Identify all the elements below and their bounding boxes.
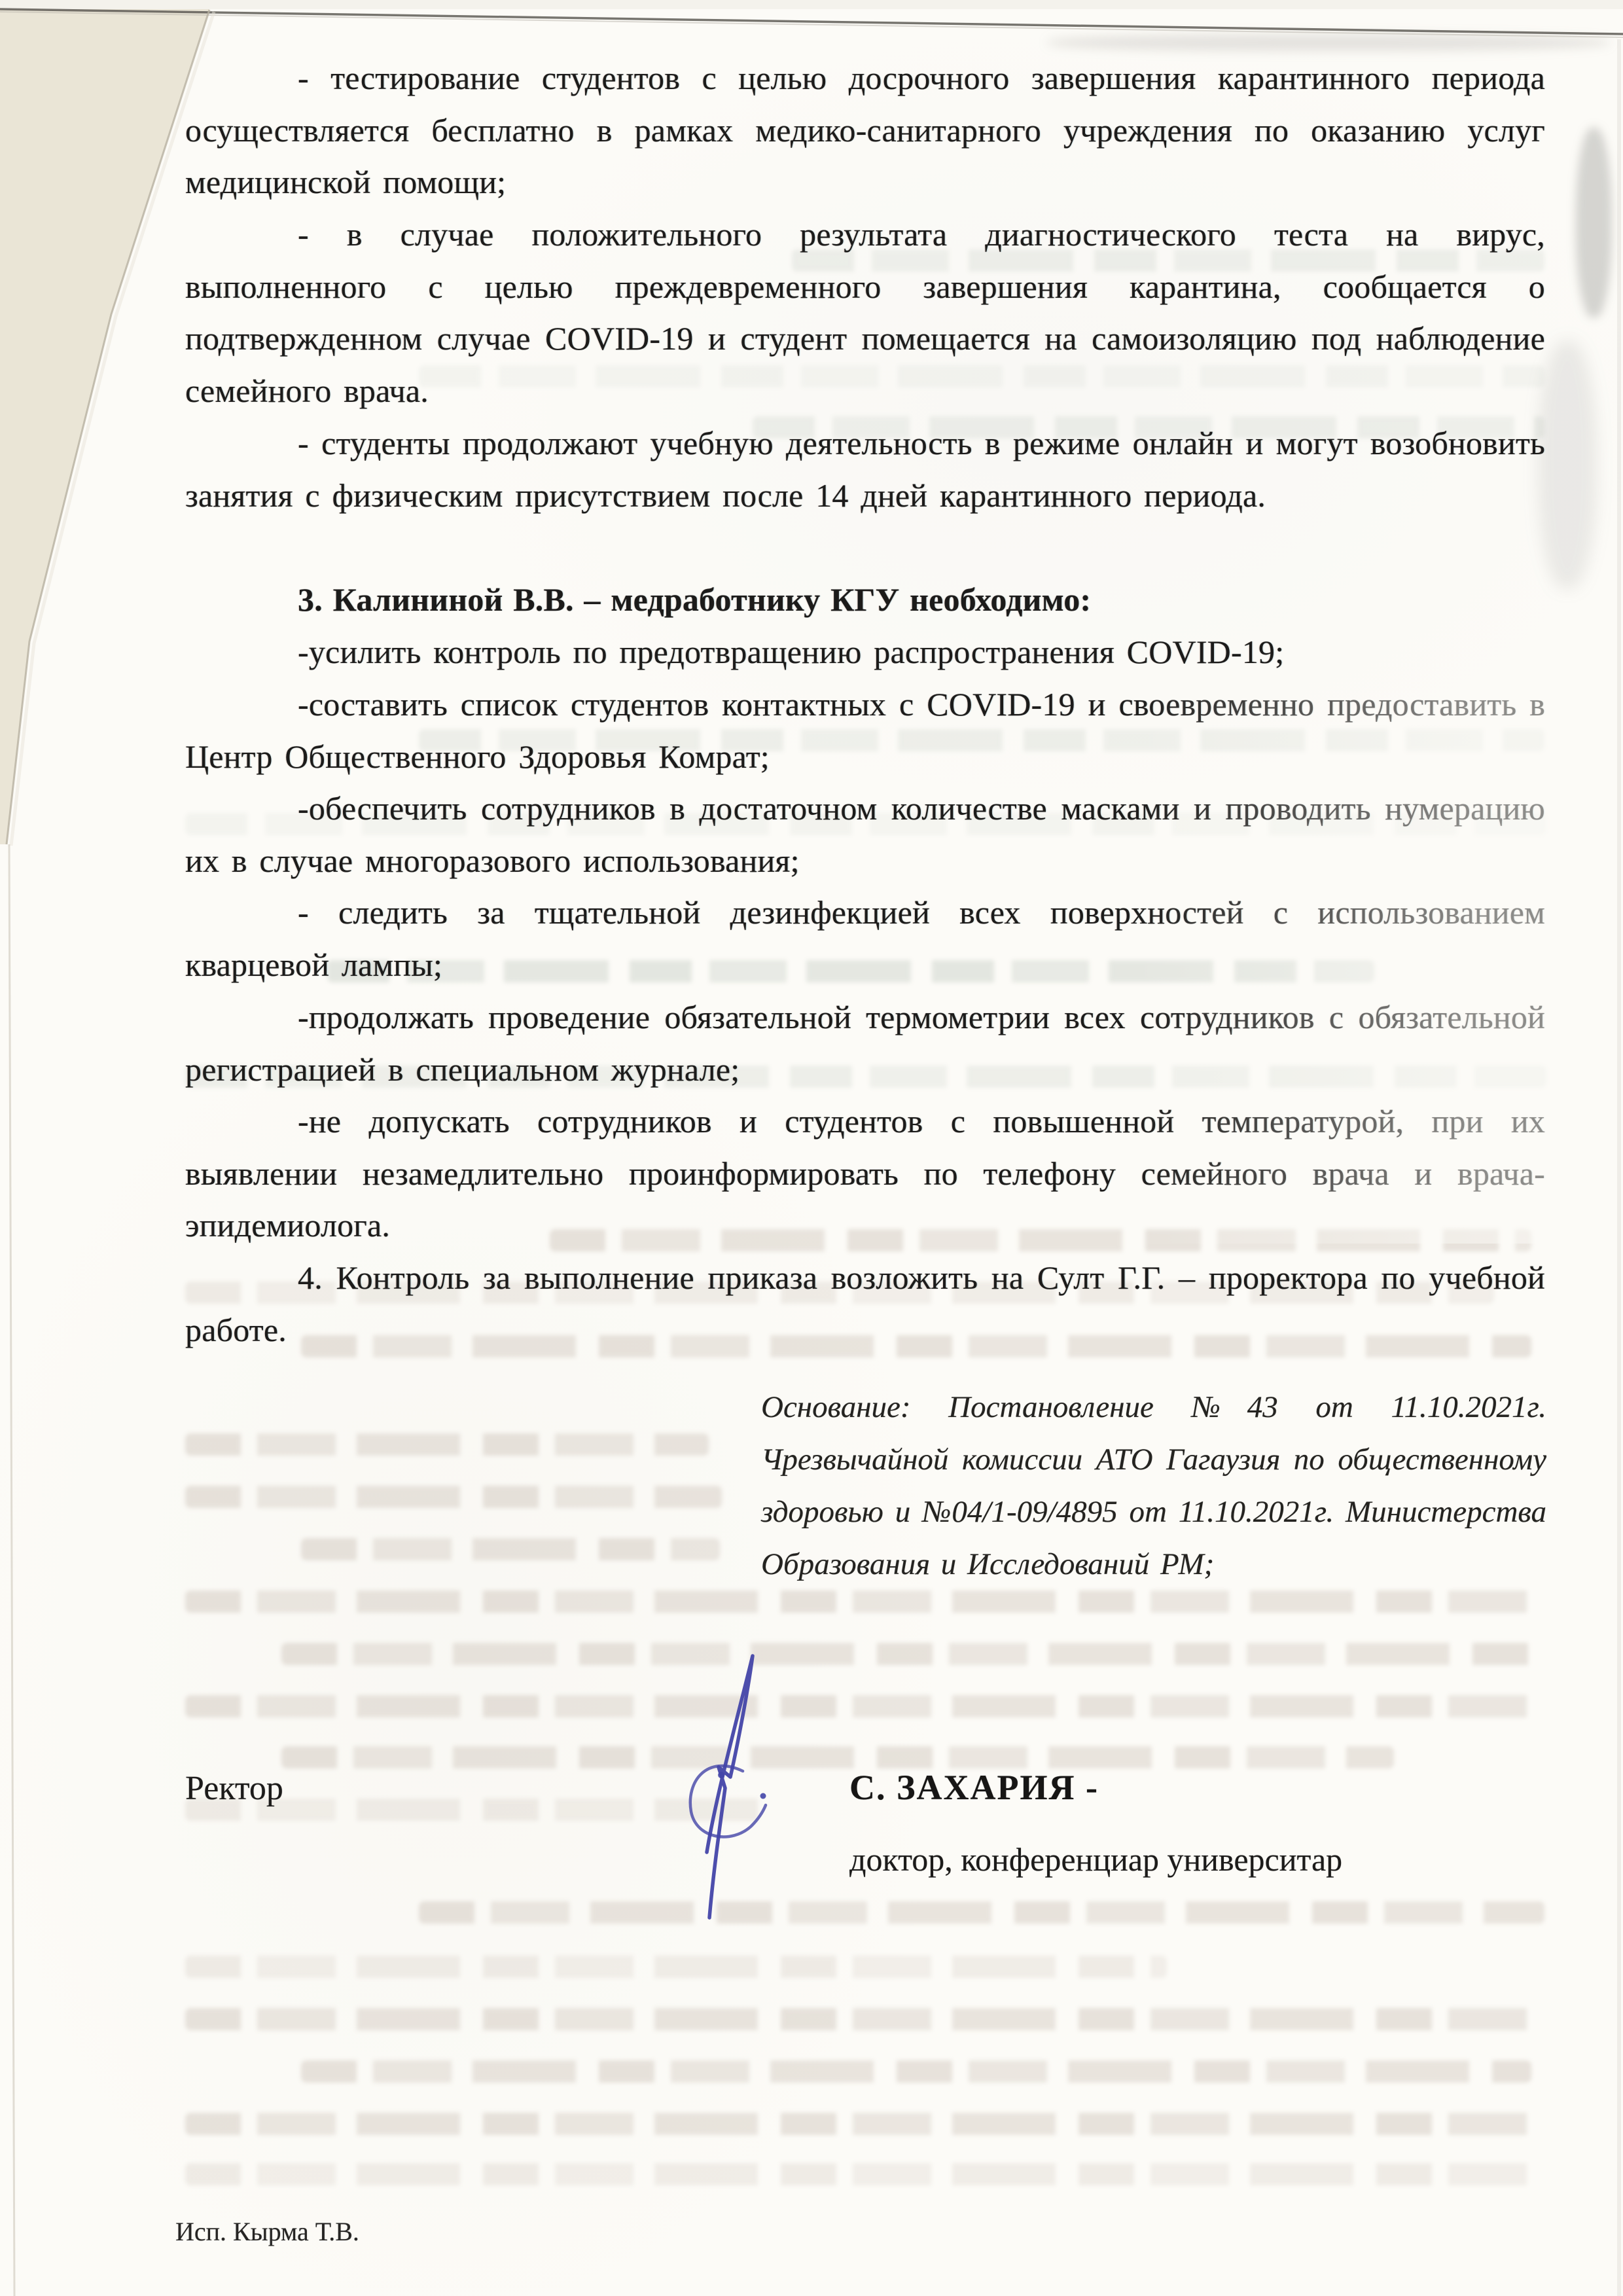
bleed-through-line (185, 2163, 1546, 2185)
order-subitem-disinfection: - следить за тщательной дезинфекцией все… (185, 887, 1545, 991)
bleed-through-line (419, 1901, 1544, 1924)
bleed-through-line (301, 1538, 720, 1560)
bleed-through-line (281, 1746, 1394, 1768)
signer-degree: доктор, конференциар университар (849, 1840, 1342, 1878)
order-subitem-temperature-ban: -не допускать сотрудников и студентов с … (185, 1096, 1545, 1252)
bleed-through-line (185, 1695, 1533, 1717)
order-paragraph-testing: - тестирование студентов с целью досрочн… (185, 52, 1545, 209)
bleed-through-line (301, 2060, 1531, 2083)
scanned-document-page: { "document": { "paragraphs": [ "- тести… (0, 0, 1623, 2296)
bleed-through-line (185, 1956, 1167, 1978)
handwritten-signature (668, 1636, 779, 1937)
scanner-top-strip (0, 0, 1623, 9)
order-subitem-contact-list: -составить список студентов контактных с… (185, 679, 1545, 783)
bleed-through-line (185, 2113, 1546, 2135)
scan-smudge (1538, 340, 1597, 589)
signer-role-label: Ректор (185, 1769, 283, 1808)
legal-basis-block: Основание: Постановление №43 от 11.10.20… (761, 1381, 1546, 1590)
bleed-through-line (185, 1433, 709, 1456)
executor-note: Исп. Кырма Т.В. (175, 2216, 359, 2247)
order-subitem-masks: -обеспечить сотрудников в достаточном ко… (185, 783, 1545, 887)
scan-smudge (1047, 34, 1610, 51)
bleed-through-line (185, 2008, 1546, 2030)
order-subitem-thermometry: -продолжать проведение обязательной терм… (185, 992, 1545, 1096)
order-item-4-control: 4. Контроль за выполнение приказа возлож… (185, 1252, 1545, 1356)
bleed-through-line (185, 1590, 1533, 1613)
scan-smudge (1576, 128, 1612, 317)
signer-name: С. ЗАХАРИЯ - (849, 1767, 1099, 1808)
bleed-through-line (185, 1486, 722, 1508)
order-item-3-heading: 3. Калининой В.В. – медработнику КГУ нео… (185, 574, 1545, 626)
order-subitem-control: -усилить контроль по предотвращению расп… (185, 626, 1545, 679)
bleed-through-line (281, 1643, 1544, 1665)
order-paragraph-positive-test: - в случае положительного результата диа… (185, 209, 1545, 418)
order-paragraph-online-study: - студенты продолжают учебную деятельнос… (185, 418, 1545, 522)
